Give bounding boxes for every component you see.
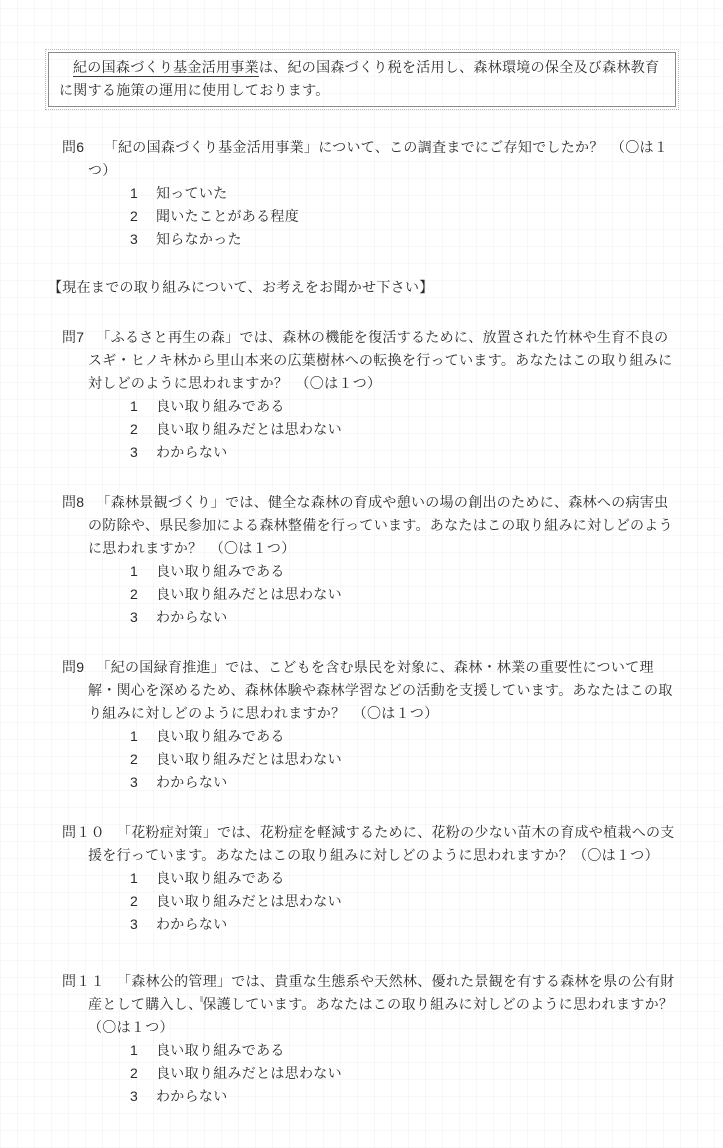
option-label: わからない: [156, 609, 228, 625]
option-number: 1: [130, 1039, 156, 1062]
option-row: 2良い取り組みだとは思わない: [130, 1062, 676, 1085]
question-paragraph: 問6 「紀の国森づくり基金活用事業」について、この調査までにご存知でしたか？ （…: [62, 136, 676, 182]
option-label: 知っていた: [156, 185, 228, 201]
question-number: 問7: [62, 329, 84, 345]
notice-box: 紀の国森づくり基金活用事業は、紀の国森づくり税を活用し、森林環境の保全及び森林教…: [48, 52, 676, 107]
option-row: 3わからない: [130, 771, 676, 794]
question-text: 「花粉症対策」では、花粉症を軽減するために、花粉の少ない苗木の育成や植栽への支援…: [88, 824, 675, 863]
question-block-7: 問7「ふるさと再生の森」では、森林の機能を復活するために、放置された竹林や生育不…: [62, 326, 676, 464]
option-label: わからない: [156, 1088, 228, 1104]
options-list: 1良い取り組みである 2良い取り組みだとは思わない 3わからない: [62, 867, 676, 936]
question-text: 「紀の国緑育推進」では、こどもを含む県民を対象に、森林・林業の重要性について理解…: [88, 659, 673, 721]
options-list: 1良い取り組みである 2良い取り組みだとは思わない 3わからない: [62, 395, 676, 464]
option-row: 1良い取り組みである: [130, 395, 676, 418]
question-paragraph: 問１０「花粉症対策」では、花粉症を軽減するために、花粉の少ない苗木の育成や植栽へ…: [62, 821, 676, 867]
option-row: 2良い取り組みだとは思わない: [130, 748, 676, 771]
option-label: 聞いたことがある程度: [156, 208, 299, 224]
option-row: 3知らなかった: [130, 228, 676, 251]
option-number: 3: [130, 228, 156, 251]
option-label: 良い取り組みである: [156, 870, 285, 886]
option-label: わからない: [156, 774, 228, 790]
question-paragraph: 問8「森林景観づくり」では、健全な森林の育成や憩いの場の創出のために、森林への病…: [62, 491, 676, 560]
question-number: 問9: [62, 659, 84, 675]
question-paragraph: 問9「紀の国緑育推進」では、こどもを含む県民を対象に、森林・林業の重要性について…: [62, 656, 676, 725]
option-row: 1良い取り組みである: [130, 867, 676, 890]
question-number: 問１０: [62, 824, 105, 840]
option-label: わからない: [156, 916, 228, 932]
option-row: 2良い取り組みだとは思わない: [130, 583, 676, 606]
option-number: 2: [130, 418, 156, 441]
option-number: 2: [130, 748, 156, 771]
option-label: 良い取り組みだとは思わない: [156, 586, 342, 602]
option-row: 3わからない: [130, 1085, 676, 1108]
option-number: 3: [130, 441, 156, 464]
option-row: 3わからない: [130, 441, 676, 464]
option-number: 1: [130, 725, 156, 748]
question-block-8: 問8「森林景観づくり」では、健全な森林の育成や憩いの場の創出のために、森林への病…: [62, 491, 676, 629]
option-number: 3: [130, 606, 156, 629]
options-list: 1良い取り組みである 2良い取り組みだとは思わない 3わからない: [62, 725, 676, 794]
option-row: 2聞いたことがある程度: [130, 205, 676, 228]
question-block-6: 問6 「紀の国森づくり基金活用事業」について、この調査までにご存知でしたか？ （…: [62, 136, 676, 251]
question-text: 「紀の国森づくり基金活用事業」について、この調査までにご存知でしたか？ （〇は１…: [88, 139, 668, 178]
option-label: 知らなかった: [156, 231, 242, 247]
option-label: 良い取り組みだとは思わない: [156, 421, 342, 437]
section-header: 【現在までの取り組みについて、お考えをお聞かせ下さい】: [48, 276, 676, 299]
question-paragraph: 問１１「森林公的管理」では、貴重な生態系や天然林、優れた景観を有する森林を県の公…: [62, 970, 676, 1039]
option-label: 良い取り組みだとは思わない: [156, 1065, 342, 1081]
option-label: 良い取り組みである: [156, 1042, 285, 1058]
option-label: 良い取り組みだとは思わない: [156, 893, 342, 909]
option-row: 1良い取り組みである: [130, 560, 676, 583]
question-paragraph: 問7「ふるさと再生の森」では、森林の機能を復活するために、放置された竹林や生育不…: [62, 326, 676, 395]
question-number: 問6: [62, 139, 84, 155]
option-label: 良い取り組みだとは思わない: [156, 751, 342, 767]
option-number: 2: [130, 205, 156, 228]
option-number: 3: [130, 913, 156, 936]
option-label: わからない: [156, 444, 228, 460]
option-row: 1知っていた: [130, 182, 676, 205]
option-label: 良い取り組みである: [156, 563, 285, 579]
question-text: 「森林公的管理」では、貴重な生態系や天然林、優れた景観を有する森林を県の公有財産…: [88, 973, 675, 1035]
question-text: 「ふるさと再生の森」では、森林の機能を復活するために、放置された竹林や生育不良の…: [88, 329, 672, 391]
question-block-11: 問１１「森林公的管理」では、貴重な生態系や天然林、優れた景観を有する森林を県の公…: [62, 970, 676, 1108]
options-list: 1知っていた 2聞いたことがある程度 3知らなかった: [62, 182, 676, 251]
option-row: 2良い取り組みだとは思わない: [130, 890, 676, 913]
question-number: 問１１: [62, 973, 105, 989]
option-row: 3わからない: [130, 606, 676, 629]
option-number: 1: [130, 867, 156, 890]
options-list: 1良い取り組みである 2良い取り組みだとは思わない 3わからない: [62, 1039, 676, 1108]
option-number: 1: [130, 182, 156, 205]
question-number: 問8: [62, 494, 84, 510]
option-number: 2: [130, 890, 156, 913]
question-text: 「森林景観づくり」では、健全な森林の育成や憩いの場の創出のために、森林への病害虫…: [88, 494, 673, 556]
option-row: 2良い取り組みだとは思わない: [130, 418, 676, 441]
option-row: 3わからない: [130, 913, 676, 936]
notice-underlined-term: 紀の国森づくり基金活用事業: [73, 59, 259, 77]
option-row: 1良い取り組みである: [130, 725, 676, 748]
option-label: 良い取り組みである: [156, 728, 285, 744]
option-number: 3: [130, 1085, 156, 1108]
options-list: 1良い取り組みである 2良い取り組みだとは思わない 3わからない: [62, 560, 676, 629]
option-number: 1: [130, 560, 156, 583]
option-number: 3: [130, 771, 156, 794]
option-number: 2: [130, 1062, 156, 1085]
notice-text: 紀の国森づくり基金活用事業は、紀の国森づくり税を活用し、森林環境の保全及び森林教…: [59, 56, 665, 102]
scan-artifact-speck: [200, 996, 203, 1002]
question-block-10: 問１０「花粉症対策」では、花粉症を軽減するために、花粉の少ない苗木の育成や植栽へ…: [62, 821, 676, 936]
option-number: 1: [130, 395, 156, 418]
scanned-questionnaire-page: 紀の国森づくり基金活用事業は、紀の国森づくり税を活用し、森林環境の保全及び森林教…: [0, 0, 723, 1148]
option-label: 良い取り組みである: [156, 398, 285, 414]
option-row: 1良い取り組みである: [130, 1039, 676, 1062]
question-block-9: 問9「紀の国緑育推進」では、こどもを含む県民を対象に、森林・林業の重要性について…: [62, 656, 676, 794]
option-number: 2: [130, 583, 156, 606]
